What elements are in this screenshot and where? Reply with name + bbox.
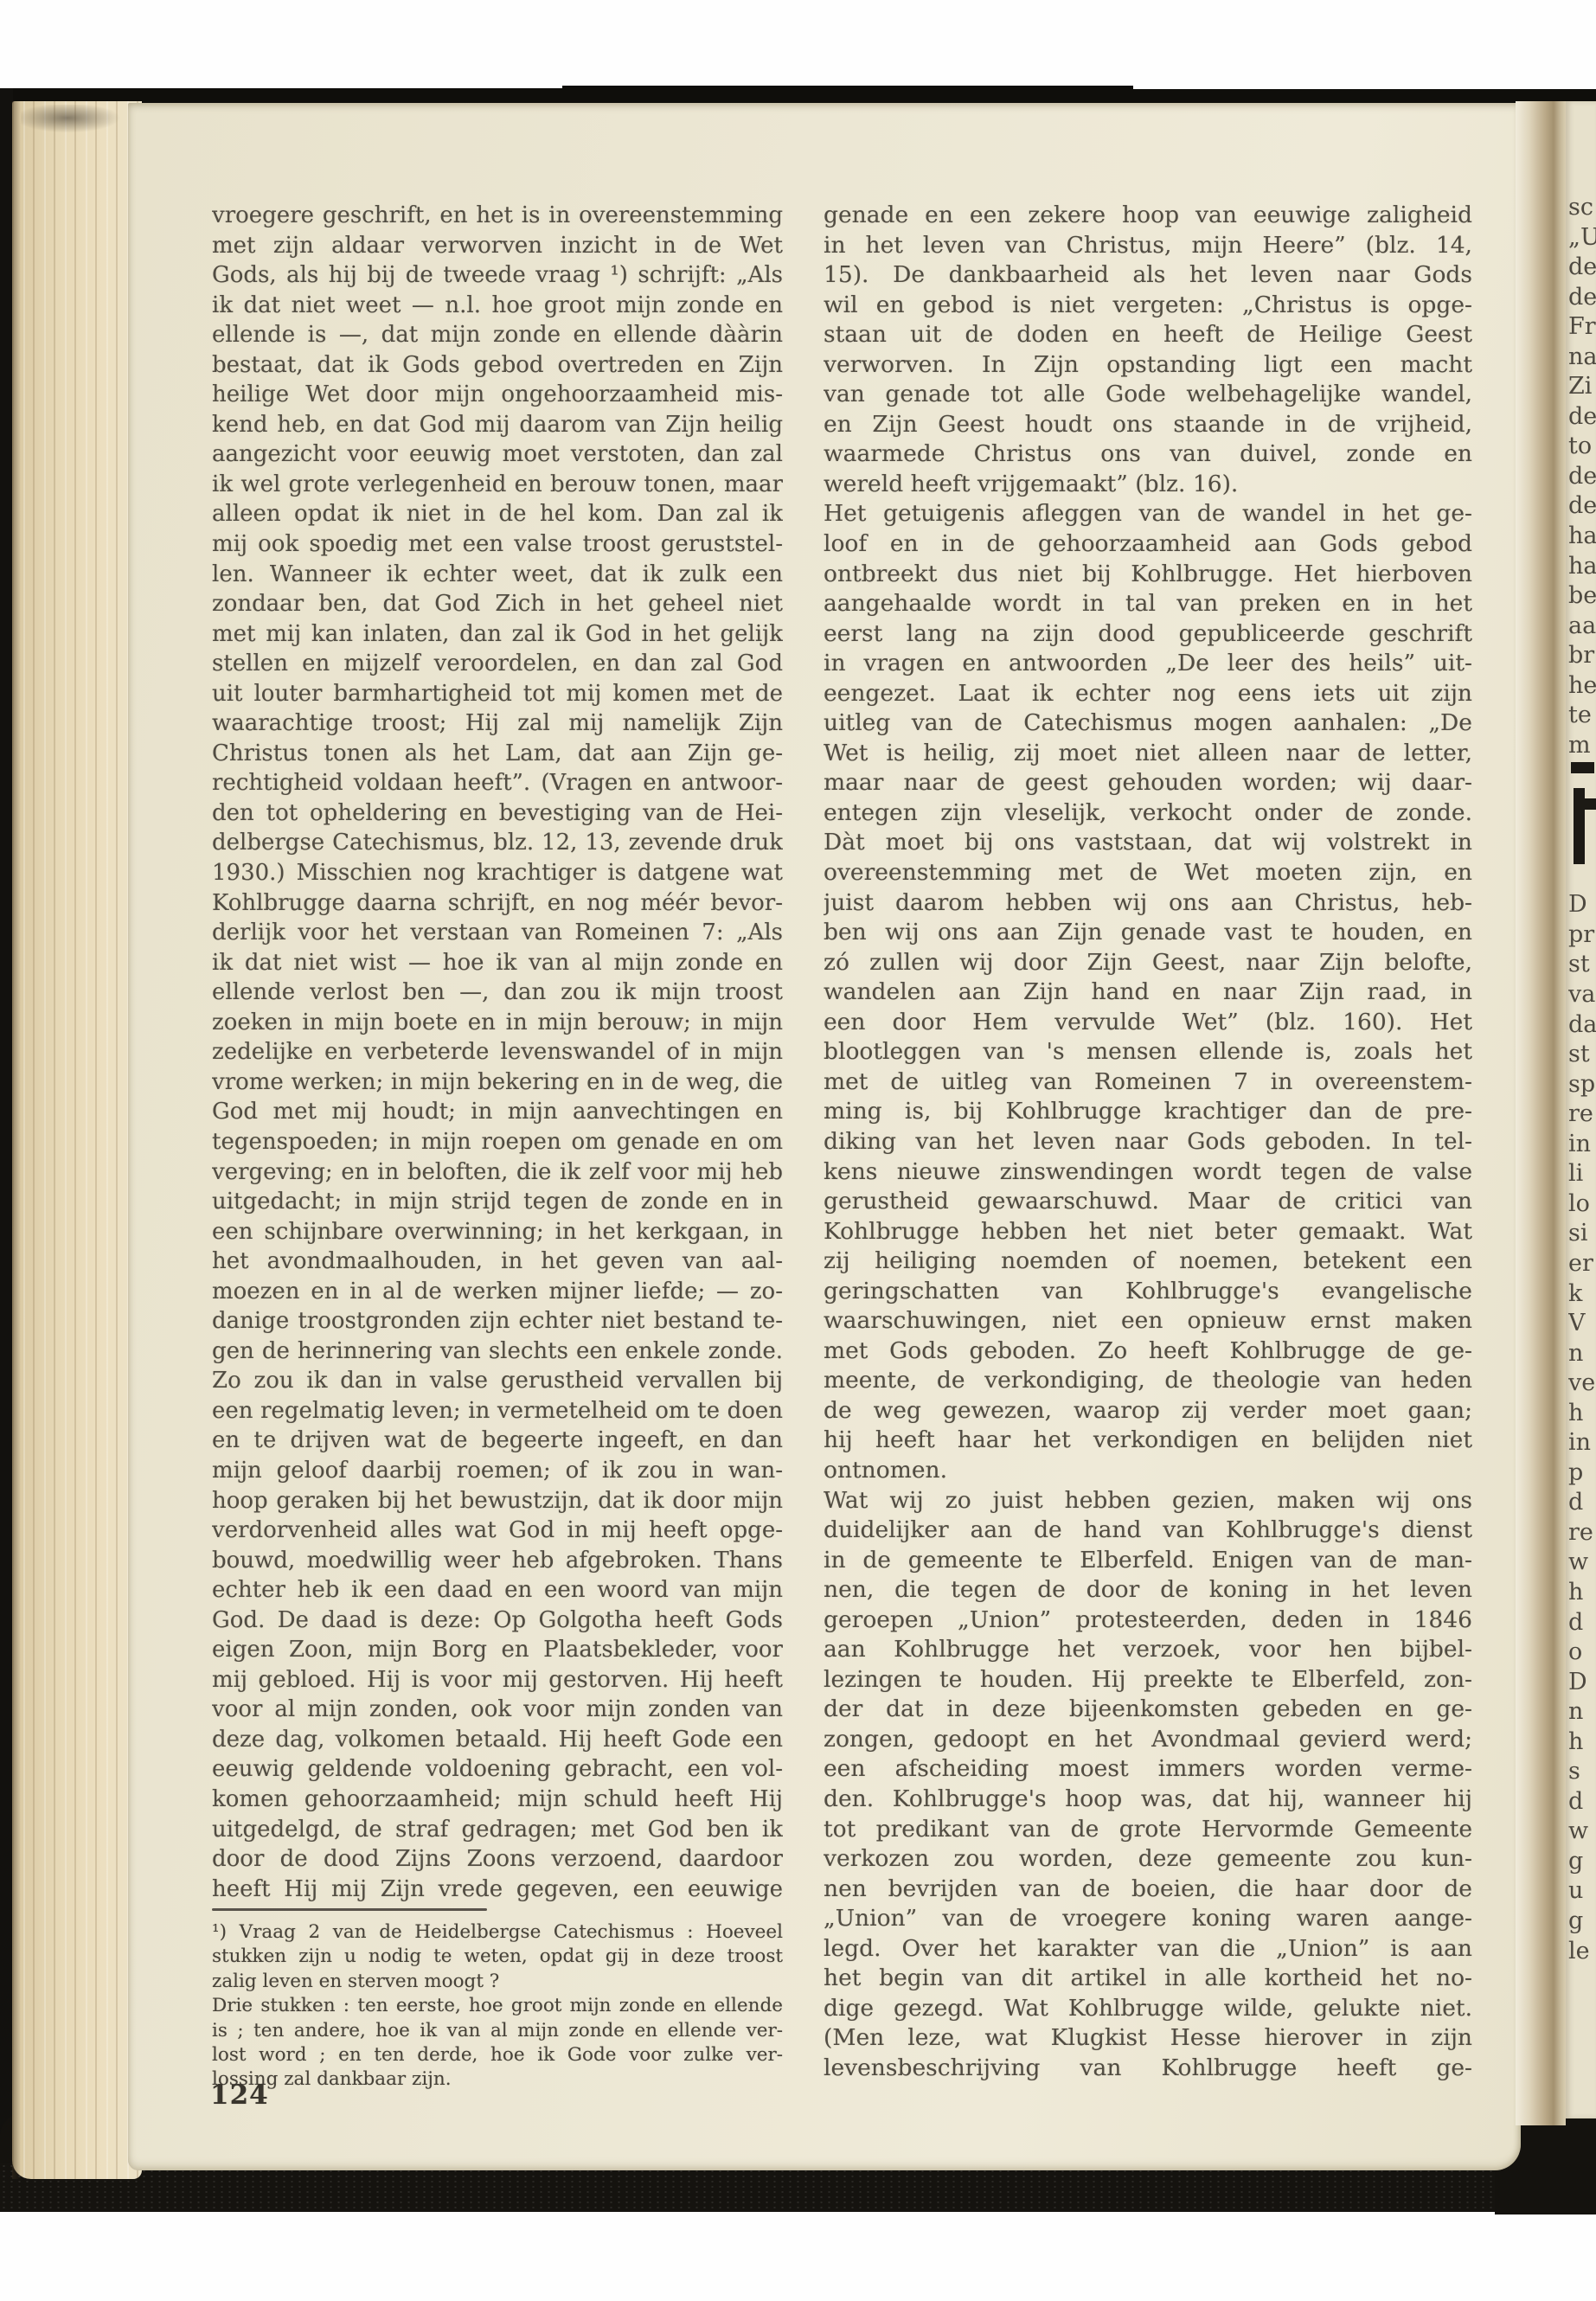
body-text-line: van genade tot alle Gode welbehagelijke …: [824, 380, 1472, 410]
next-page-text-fragment: n: [1568, 1697, 1596, 1727]
next-page-text-fragment: k: [1568, 1279, 1596, 1310]
next-page-text-fragment: er: [1568, 1249, 1596, 1279]
next-page-text-fragment: p: [1568, 1458, 1596, 1489]
body-text-line: ontnomen.: [824, 1456, 1472, 1486]
body-text-line: nen bevrijden van de boeien, die haar do…: [824, 1875, 1472, 1905]
body-text-line: aan Kohlbrugge het verzoek, voor hen bij…: [824, 1635, 1472, 1665]
next-page-text-fragment: de: [1568, 402, 1596, 433]
body-text-line: loof en in de gehoorzaamheid aan Gods ge…: [824, 529, 1472, 560]
body-text-line: overeenstemming met de Wet moeten zijn, …: [824, 858, 1472, 888]
body-text-line: een door Hem vervulde Wet” (blz. 160). H…: [824, 1008, 1472, 1038]
page-gutter-shadow: [1516, 101, 1566, 2125]
body-text-line: ellende is —, dat mijn zonde en ellende …: [212, 320, 783, 350]
body-text-line: 1930.) Misschien nog krachtiger is datge…: [212, 858, 783, 888]
body-text-line: deze dag, volkomen betaald. Hij heeft Go…: [212, 1725, 783, 1755]
footnote-text-line: is ; ten andere, hoe ik van al mijn zond…: [212, 2019, 783, 2043]
body-text-line: levensbeschrijving van Kohlbrugge heeft …: [824, 2054, 1472, 2084]
body-text-line: wil en gebod is niet vergeten: „Christus…: [824, 291, 1472, 321]
body-text-line: kens nieuwe zinswendingen wordt tegen de…: [824, 1157, 1472, 1188]
body-text-line: verdorvenheid alles wat God in mij heeft…: [212, 1516, 783, 1546]
body-text-line: den tot opheldering en bevestiging van d…: [212, 798, 783, 829]
body-text-line: Dàt moet bij ons vaststaan, dat wij vols…: [824, 828, 1472, 858]
body-text-line: (Men leze, wat Klugkist Hesse hierover i…: [824, 2023, 1472, 2054]
body-text-line: Wat wij zo juist hebben gezien, maken wi…: [824, 1486, 1472, 1516]
body-text-line: God met mij houdt; in mijn aanvechtingen…: [212, 1097, 783, 1127]
next-page-text-fragment: de: [1568, 491, 1596, 522]
body-text-line: mij ook spoedig met een valse troost ger…: [212, 529, 783, 560]
next-page-text-fragment: h: [1568, 1578, 1596, 1608]
body-text-line: uitgedacht; in mijn strijd tegen de zond…: [212, 1187, 783, 1217]
body-text-line: waarschuwingen, niet een opnieuw ernst m…: [824, 1306, 1472, 1336]
next-page-text-fragment: he: [1568, 671, 1596, 702]
body-text-line: kend heb, en dat God mij daarom van Zijn…: [212, 410, 783, 440]
body-text-line: zondaar ben, dat God Zich in het geheel …: [212, 589, 783, 619]
body-text-line: waarachtige troost; Hij zal mij namelijk…: [212, 708, 783, 739]
body-text-line: derlijk voor het verstaan van Romeinen 7…: [212, 918, 783, 948]
next-page-text-fragment: Zi: [1568, 372, 1596, 402]
next-page-text-fragment: si: [1568, 1219, 1596, 1249]
body-text-line: eeuwig geldende voldoening gebracht, een…: [212, 1754, 783, 1785]
next-page-text-fragment: g: [1568, 1847, 1596, 1877]
next-page-text-fragments: sc„UdedeFrnaZidetodedehahabeaabrhetem: [1566, 193, 1596, 760]
body-text-line: dige gezegd. Wat Kohlbrugge wilde, geluk…: [824, 1994, 1472, 2024]
body-text-line: moezen en in al de werken mijner liefde;…: [212, 1277, 783, 1307]
body-text-line: een regelmatig leven; in vermetelheid om…: [212, 1396, 783, 1426]
next-page-text-fragment: li: [1568, 1159, 1596, 1189]
body-text-line: in de gemeente te Elberfeld. Enigen van …: [824, 1546, 1472, 1576]
body-text-line: len. Wanneer ik echter weet, dat ik zulk…: [212, 560, 783, 590]
body-text-line: het avondmaalhouden, in het geven van aa…: [212, 1247, 783, 1277]
body-text-line: God. De daad is deze: Op Golgotha heeft …: [212, 1606, 783, 1636]
body-text-line: Wet is heilig, zij moet niet alleen naar…: [824, 739, 1472, 769]
body-text-line: zij heiliging noemden of noemen, beteken…: [824, 1247, 1472, 1277]
body-text-line: door de dood Zijns Zoons verzoend, daard…: [212, 1844, 783, 1875]
footnote-text-line: Drie stukken : ten eerste, hoe groot mij…: [212, 1994, 783, 2018]
body-text-line: met de uitleg van Romeinen 7 in overeens…: [824, 1067, 1472, 1098]
body-text-line: met mij kan inlaten, dan zal ik God in h…: [212, 619, 783, 650]
book-cover-left-edge: [0, 88, 13, 2209]
body-text-line: bestaat, dat ik Gods gebod overtreden en…: [212, 350, 783, 381]
body-text-line: ontbreekt dus niet bij Kohlbrugge. Het h…: [824, 560, 1472, 590]
body-text-line: Het getuigenis afleggen van de wandel in…: [824, 499, 1472, 529]
body-text-line: entegen zijn vleselijk, verkocht onder d…: [824, 798, 1472, 829]
body-text-line: ik dat niet wist — hoe ik van al mijn zo…: [212, 948, 783, 978]
body-text-line: aangehaalde wordt in tal van preken en i…: [824, 589, 1472, 619]
body-text-line: alleen opdat ik niet in de hel kom. Dan …: [212, 499, 783, 529]
body-text-line: het begin van dit artikel in alle korthe…: [824, 1964, 1472, 1994]
next-page-text-fragment: re: [1568, 1518, 1596, 1548]
body-text-line: hoop geraken bij het bewustzijn, dat ik …: [212, 1486, 783, 1516]
body-text-line: aangezicht voor eeuwig moet verstoten, d…: [212, 439, 783, 470]
body-text-line: met Gods geboden. Zo heeft Kohlbrugge de…: [824, 1336, 1472, 1367]
next-page-text-fragment: ha: [1568, 552, 1596, 582]
body-text-line: maar naar de geest gehouden worden; wij …: [824, 768, 1472, 798]
body-text-line: der dat in deze bijeenkomsten gebeden en…: [824, 1695, 1472, 1725]
body-text-line: mij gebloed. Hij is voor mij gestorven. …: [212, 1665, 783, 1695]
print-mark: [1566, 760, 1596, 890]
print-mark-stem: [1574, 788, 1585, 864]
next-page-text-fragment: na: [1568, 343, 1596, 373]
body-text-line: vergeving; en in beloften, die ik zelf v…: [212, 1157, 783, 1188]
next-page-text-fragment: ha: [1568, 522, 1596, 552]
body-text-line: „Union” van de vroegere koning waren aan…: [824, 1904, 1472, 1934]
body-text-line: en te drijven wat de begeerte ingeeft, e…: [212, 1426, 783, 1456]
body-text-line: lezingen te houden. Hij preekte te Elber…: [824, 1665, 1472, 1695]
next-page-text-fragment: d: [1568, 1608, 1596, 1638]
body-text-line: legd. Over het karakter van die „Union” …: [824, 1934, 1472, 1965]
next-page-text-fragment: V: [1568, 1309, 1596, 1339]
next-page-text-fragment: de: [1568, 283, 1596, 313]
text-column-left: vroegere geschrift, en het is in overeen…: [212, 201, 783, 1904]
next-page-text-fragment: h: [1568, 1399, 1596, 1429]
body-text-line: komen gehoorzaamheid; mijn schuld heeft …: [212, 1785, 783, 1815]
body-text-line: rechtigheid voldaan heeft”. (Vragen en a…: [212, 768, 783, 798]
next-page-text-fragment: d: [1568, 1787, 1596, 1817]
body-text-line: 15). De dankbaarheid als het leven naar …: [824, 260, 1472, 291]
next-page-text-fragment: D: [1568, 1668, 1596, 1698]
body-text-line: tot predikant van de grote Hervormde Gem…: [824, 1815, 1472, 1845]
body-text-line: heilige Wet door mijn ongehoorzaamheid m…: [212, 380, 783, 410]
page-stack-left-edges: [12, 101, 142, 2179]
body-text-line: staan uit de doden en heeft de Heilige G…: [824, 320, 1472, 350]
body-text-line: in het leven van Christus, mijn Heere” (…: [824, 231, 1472, 261]
next-page-text-fragment: „U: [1568, 223, 1596, 253]
footnote-text-line: ¹) Vraag 2 van de Heidelbergse Catechism…: [212, 1920, 783, 1945]
next-page-text-fragment: pr: [1568, 920, 1596, 951]
body-text-line: gerustheid gewaarschuwd. Maar de critici…: [824, 1187, 1472, 1217]
next-page-text-fragment: o: [1568, 1638, 1596, 1668]
body-text-line: Kohlbrugge hebben het niet beter gemaakt…: [824, 1217, 1472, 1247]
next-page-edge: sc„UdedeFrnaZidetodedehahabeaabrhetem Dp…: [1566, 101, 1596, 2118]
footnote-text-line: lost word ; en ten derde, hoe ik Gode vo…: [212, 2043, 783, 2067]
body-text-line: bouwd, moedwillig weer heb afgebroken. T…: [212, 1546, 783, 1576]
body-text-line: met zijn aldaar verworven inzicht in de …: [212, 231, 783, 261]
next-page-text-fragment: h: [1568, 1727, 1596, 1758]
next-page-top-margin: [1566, 101, 1596, 193]
body-text-line: de weg gewezen, waarop zij verder moet g…: [824, 1396, 1472, 1426]
body-text-line: zoeken in mijn boete en in mijn berouw; …: [212, 1008, 783, 1038]
next-page-text-fragment: g: [1568, 1907, 1596, 1937]
body-text-line: delbergse Catechismus, blz. 12, 13, zeve…: [212, 828, 783, 858]
body-text-line: heeft Hij mij Zijn vrede gegeven, een ee…: [212, 1875, 783, 1905]
body-text-line: uitgedelgd, de straf gedragen; met God b…: [212, 1815, 783, 1845]
book-scan-photo: sc„UdedeFrnaZidetodedehahabeaabrhetem Dp…: [0, 0, 1596, 2301]
next-page-text-fragment: be: [1568, 581, 1596, 612]
body-text-line: eengezet. Laat ik echter nog eens iets u…: [824, 679, 1472, 709]
next-page-text-fragment: st: [1568, 950, 1596, 980]
body-text-line: wandelen aan Zijn hand en naar Zijn raad…: [824, 977, 1472, 1008]
body-text-line: uit louter barmhartigheid tot mij komen …: [212, 679, 783, 709]
body-text-line: juist daarom hebben wij ons aan Christus…: [824, 888, 1472, 919]
body-text-line: en Zijn Geest houdt ons staande in de vr…: [824, 410, 1472, 440]
body-text-line: een schijnbare overwinning; in het kerkg…: [212, 1217, 783, 1247]
next-page-text-fragments: DprstvadastspreinlilosierkVnvehinpdrewhd…: [1566, 890, 1596, 1966]
body-text-line: verkozen zou worden, deze gemeente zou k…: [824, 1844, 1472, 1875]
body-text-line: een afscheiding moest immers worden verm…: [824, 1754, 1472, 1785]
body-text-line: uitleg van de Catechismus mogen aanhalen…: [824, 708, 1472, 739]
next-page-text-fragment: m: [1568, 731, 1596, 761]
body-text-line: ben wij ons aan Zijn genade vast te houd…: [824, 918, 1472, 948]
footnote-text-line: stukken zijn u nodig te weten, opdat gij…: [212, 1945, 783, 1969]
body-text-line: mijn geloof daarbij roemen; of ik zou in…: [212, 1456, 783, 1486]
body-text-line: vrome werken; in mijn bekering en in de …: [212, 1067, 783, 1098]
body-text-line: zó zullen wij door Zijn Geest, naar Zijn…: [824, 948, 1472, 978]
body-text-line: waarmede Christus ons van duivel, zonde …: [824, 439, 1472, 470]
next-page-text-fragment: va: [1568, 980, 1596, 1010]
next-page-text-fragment: d: [1568, 1488, 1596, 1518]
next-page-text-fragment: st: [1568, 1040, 1596, 1070]
body-text-line: gen de herinnering van slechts een enkel…: [212, 1336, 783, 1367]
body-text-line: hij heeft haar het verkondigen en belijd…: [824, 1426, 1472, 1456]
next-page-text-fragment: lo: [1568, 1189, 1596, 1220]
body-text-line: duidelijker aan de hand van Kohlbrugge's…: [824, 1516, 1472, 1546]
body-text-line: meente, de verkondiging, de theologie va…: [824, 1366, 1472, 1396]
next-page-text-fragment: le: [1568, 1937, 1596, 1967]
body-text-line: eerst lang na zijn dood gepubliceerde ge…: [824, 619, 1472, 650]
body-text-line: vroegere geschrift, en het is in overeen…: [212, 201, 783, 231]
body-text-line: voor al mijn zonden, ook voor mijn zonde…: [212, 1695, 783, 1725]
footnote-text-line: zalig leven en sterven moogt ?: [212, 1970, 783, 1994]
body-text-line: geroepen „Union” protesteerden, deden in…: [824, 1606, 1472, 1636]
next-page-text-fragment: to: [1568, 432, 1596, 462]
body-text-line: genade en een zekere hoop van eeuwige za…: [824, 201, 1472, 231]
print-mark-arm: [1585, 798, 1596, 810]
next-page-text-fragment: n: [1568, 1339, 1596, 1369]
next-page-text-fragment: de: [1568, 462, 1596, 492]
body-text-line: verworven. In Zijn opstanding ligt een m…: [824, 350, 1472, 381]
page-number: 124: [210, 2080, 269, 2111]
body-text-line: ellende verlost ben —, dan zou ik mijn t…: [212, 977, 783, 1008]
body-text-line: in vragen en antwoorden „De leer des hei…: [824, 649, 1472, 679]
body-text-line: eigen Zoon, mijn Borg en Plaatsbekleder,…: [212, 1635, 783, 1665]
body-text-line: Gods, als hij bij de tweede vraag ¹) sch…: [212, 260, 783, 291]
next-page-text-fragment: sc: [1568, 193, 1596, 223]
next-page-text-fragment: w: [1568, 1548, 1596, 1578]
next-page-text-fragment: sp: [1568, 1070, 1596, 1100]
next-page-text-fragment: in: [1568, 1130, 1596, 1160]
next-page-text-fragment: D: [1568, 890, 1596, 920]
footnote: ¹) Vraag 2 van de Heidelbergse Catechism…: [212, 1920, 783, 2093]
body-text-line: Christus tonen als het Lam, dat aan Zijn…: [212, 739, 783, 769]
next-page-text-fragment: aa: [1568, 612, 1596, 642]
next-page-text-fragment: in: [1568, 1428, 1596, 1458]
body-text-line: ming is, bij Kohlbrugge krachtiger dan d…: [824, 1097, 1472, 1127]
body-text-line: ik wel grote verlegenheid en berouw tone…: [212, 470, 783, 500]
body-text-line: geringschatten van Kohlbrugge's evangeli…: [824, 1277, 1472, 1307]
print-mark-dash: [1571, 762, 1594, 773]
body-text-line: echter heb ik een daad en een woord van …: [212, 1575, 783, 1606]
footnote-separator: [212, 1908, 487, 1911]
body-text-line: Zo zou ik dan in valse gerustheid verval…: [212, 1366, 783, 1396]
next-page-text-fragment: de: [1568, 253, 1596, 283]
next-page-text-fragment: ve: [1568, 1368, 1596, 1399]
body-text-line: den. Kohlbrugge's hoop was, dat hij, wan…: [824, 1785, 1472, 1815]
body-text-line: stellen en mijzelf veroordelen, en dan z…: [212, 649, 783, 679]
next-page-text-fragment: da: [1568, 1010, 1596, 1041]
footnote-text-line: lossing zal dankbaar zijn.: [212, 2067, 783, 2092]
body-text-line: blootleggen van 's mensen ellende is, zo…: [824, 1037, 1472, 1067]
body-text-line: tegenspoeden; in mijn roepen om genade e…: [212, 1127, 783, 1157]
next-page-text-fragment: w: [1568, 1817, 1596, 1847]
next-page-text-fragment: re: [1568, 1099, 1596, 1130]
next-page-text-fragment: br: [1568, 641, 1596, 671]
body-text-line: zedelijke en verbeterde levenswandel of …: [212, 1037, 783, 1067]
text-column-right: genade en een zekere hoop van eeuwige za…: [824, 201, 1472, 2083]
body-text-line: zongen, gedoopt en het Avondmaal gevierd…: [824, 1725, 1472, 1755]
body-text-line: diking van het leven naar Gods geboden. …: [824, 1127, 1472, 1157]
next-page-text-fragment: u: [1568, 1876, 1596, 1907]
body-text-line: Kohlbrugge daarna schrijft, en nog méér …: [212, 888, 783, 919]
next-page-text-fragment: Fr: [1568, 312, 1596, 343]
next-page-text-fragment: s: [1568, 1757, 1596, 1787]
body-text-line: wereld heeft vrijgemaakt” (blz. 16).: [824, 470, 1472, 500]
body-text-line: nen, die tegen de door de koning in het …: [824, 1575, 1472, 1606]
next-page-text-fragment: te: [1568, 701, 1596, 731]
body-text-line: danige troostgronden zijn echter niet be…: [212, 1306, 783, 1336]
body-text-line: ik dat niet weet — n.l. hoe groot mijn z…: [212, 291, 783, 321]
